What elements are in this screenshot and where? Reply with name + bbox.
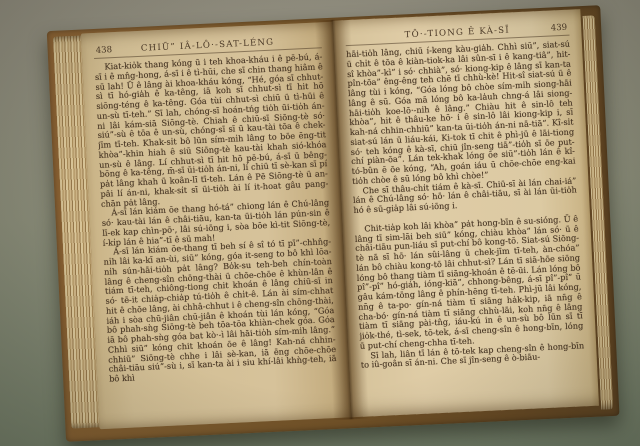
right-page-text: hāi-tio̍h lâng, chiū í-keng kàu-gia̍h. C…: [346, 40, 585, 371]
left-page: 438 CHIŪ” IÂ-LÔ·-SAT-LÉNG Kiat-kio̍k tha…: [81, 22, 351, 429]
left-page-text: Kiat-kio̍k thang kóng ū i teh khoa-kháu …: [94, 52, 337, 384]
page-number: 438: [95, 44, 112, 57]
open-book: 438 CHIŪ” IÂ-LÔ·-SAT-LÉNG Kiat-kio̍k tha…: [53, 10, 611, 433]
right-page: TÔ·-TIONG Ê KÀ-SĪ 439 hāi-tio̍h lâng, ch…: [333, 9, 599, 417]
photo-background: 438 CHIŪ” IÂ-LÔ·-SAT-LÉNG Kiat-kio̍k tha…: [0, 0, 640, 446]
paragraph: Chit-tia̍p koh lâi khòa” pa̍t hong-bīn ê…: [354, 214, 584, 351]
paragraph: Kiat-kio̍k thang kóng ū i teh khoa-kháu …: [94, 52, 329, 209]
page-number: 439: [550, 22, 567, 35]
paragraph: Á-sī lán kiám ōe-thang tī beh sí ê sî tó…: [103, 237, 337, 384]
paragraph: hāi-tio̍h lâng, chiū í-keng kàu-gia̍h. C…: [346, 40, 576, 187]
